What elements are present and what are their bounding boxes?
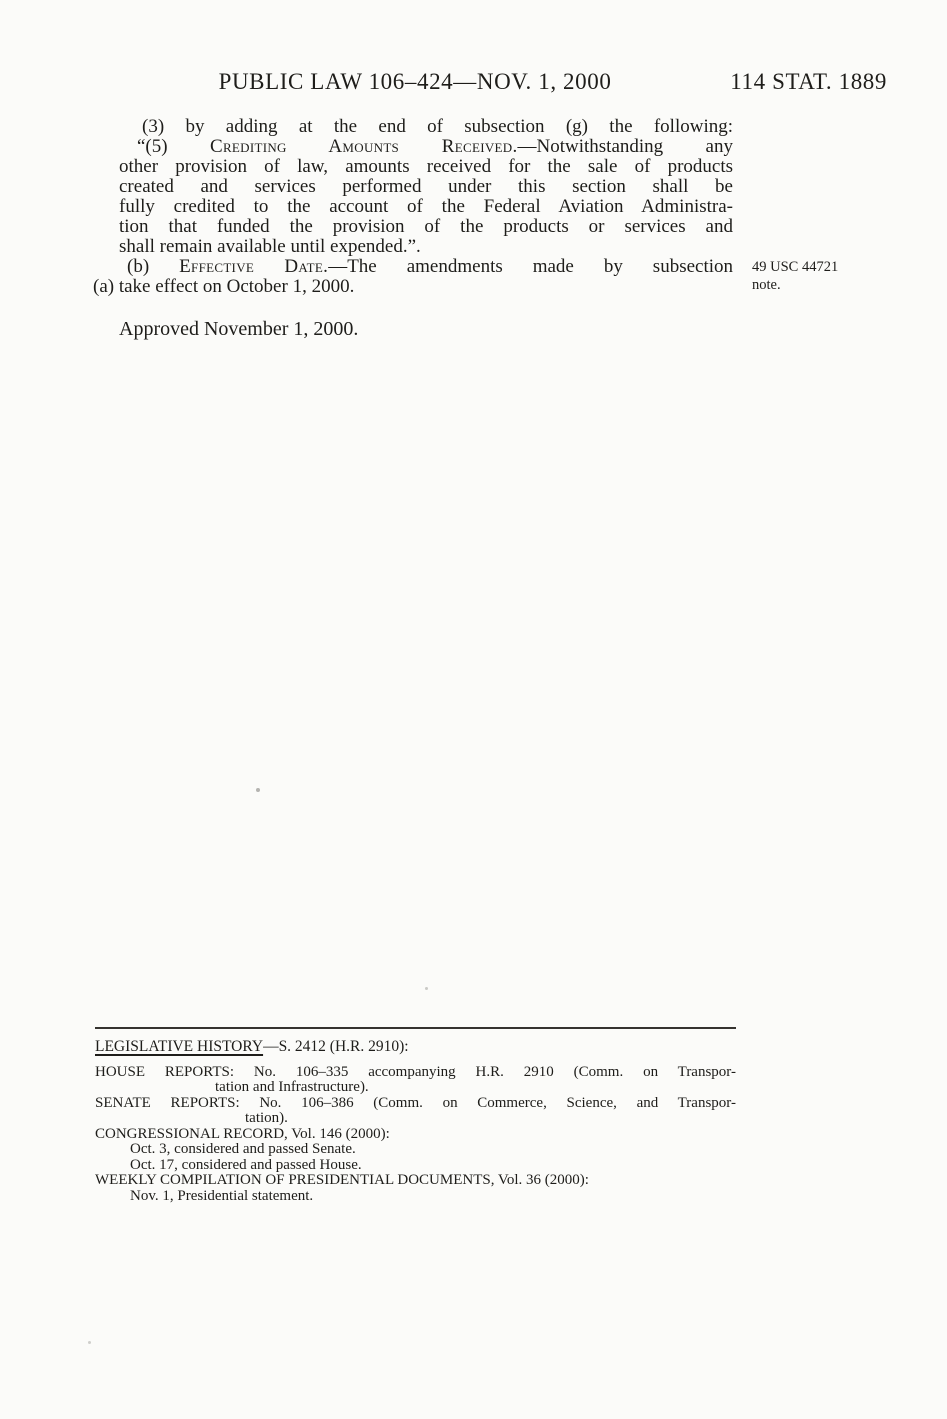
effective-date-smallcaps: Effective Date. — [179, 256, 328, 277]
stat-page-number: 114 STAT. 1889 — [705, 69, 887, 95]
running-head-title: PUBLIC LAW 106–424—NOV. 1, 2000 — [95, 69, 735, 95]
senate-reports-continuation: tation). — [95, 1111, 736, 1127]
senate-reports-line: SENATE REPORTS: No. 106–386 (Comm. on Co… — [95, 1096, 736, 1112]
body-line: fully credited to the account of the Fed… — [119, 197, 733, 217]
legislative-history-title: LEGISLATIVE HISTORY — [95, 1038, 263, 1055]
quote-open-number: “(5) — [137, 136, 210, 157]
body-line: tion that funded the provision of the pr… — [119, 217, 733, 237]
house-reports-line: HOUSE REPORTS: No. 106–335 accompanying … — [95, 1065, 736, 1081]
legislative-history-heading: LEGISLATIVE HISTORY—S. 2412 (H.R. 2910): — [95, 1039, 736, 1055]
congressional-record-line: CONGRESSIONAL RECORD, Vol. 146 (2000): — [95, 1127, 736, 1143]
statute-page: PUBLIC LAW 106–424—NOV. 1, 2000 114 STAT… — [0, 0, 947, 1419]
weekly-compilation-line: WEEKLY COMPILATION OF PRESIDENTIAL DOCUM… — [95, 1173, 736, 1189]
body-line-last: shall remain available until expended.”. — [119, 237, 733, 257]
usc-margin-note: 49 USC 44721 note. — [752, 259, 872, 294]
amendment-intro-line: (3) by adding at the end of subsection (… — [93, 117, 733, 137]
crediting-amounts-smallcaps: Crediting Amounts Received. — [210, 136, 518, 157]
quoted-subsection-block: “(5) Crediting Amounts Received.—Notwith… — [119, 137, 733, 257]
scan-speck — [425, 987, 428, 990]
usc-citation-note: note. — [752, 277, 872, 295]
subsection-b-label: (b) — [127, 256, 179, 277]
legislative-history-block: LEGISLATIVE HISTORY—S. 2412 (H.R. 2910):… — [95, 1027, 736, 1204]
statute-text-block: (3) by adding at the end of subsection (… — [93, 117, 733, 297]
body-line: other provision of law, amounts received… — [119, 157, 733, 177]
effective-date-rest: —The amendments made by subsection — [328, 256, 733, 277]
usc-citation: 49 USC 44721 — [752, 259, 872, 277]
scan-speck — [88, 1341, 91, 1344]
crediting-amounts-heading-line: “(5) Crediting Amounts Received.—Notwith… — [119, 137, 733, 157]
legislative-history-rule — [95, 1027, 736, 1029]
house-reports-continuation: tation and Infrastructure). — [95, 1080, 736, 1096]
approved-date-line: Approved November 1, 2000. — [119, 318, 358, 341]
body-line-last: (a) take effect on October 1, 2000. — [93, 277, 733, 297]
effective-date-line: (b) Effective Date.—The amendments made … — [93, 257, 733, 277]
scan-speck — [256, 788, 260, 792]
record-house-passage: Oct. 17, considered and passed House. — [95, 1158, 736, 1174]
legislative-history-bill-number: —S. 2412 (H.R. 2910): — [263, 1038, 409, 1055]
presidential-statement-line: Nov. 1, Presidential statement. — [95, 1189, 736, 1205]
crediting-amounts-rest: —Notwithstanding any — [518, 136, 733, 157]
record-senate-passage: Oct. 3, considered and passed Senate. — [95, 1142, 736, 1158]
body-line: created and services performed under thi… — [119, 177, 733, 197]
